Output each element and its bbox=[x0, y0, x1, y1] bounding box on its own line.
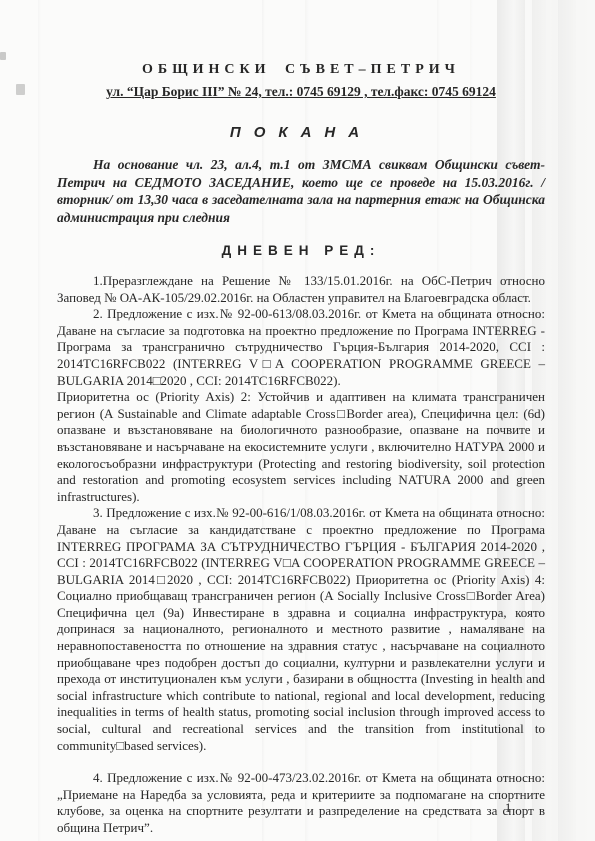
agenda-item-3: 3. Предложение с изх.№ 92-00-616/1/08.03… bbox=[57, 505, 545, 754]
org-name-heading: ОБЩИНСКИ СЪВЕТ–ПЕТРИЧ bbox=[57, 62, 545, 78]
agenda-item-2: 2. Предложение с изх.№ 92-00-613/08.03.2… bbox=[57, 306, 545, 389]
scanned-document-page: ОБЩИНСКИ СЪВЕТ–ПЕТРИЧ ул. “Цар Борис III… bbox=[0, 0, 595, 841]
scan-smudge-left-margin bbox=[16, 84, 25, 95]
document-title: ПОКАНА bbox=[57, 124, 545, 141]
org-address-line: ул. “Цар Борис III” № 24, тел.: 0745 691… bbox=[57, 84, 545, 100]
document-content: ОБЩИНСКИ СЪВЕТ–ПЕТРИЧ ул. “Цар Борис III… bbox=[57, 0, 545, 837]
agenda-heading: ДНЕВЕН РЕД: bbox=[57, 243, 545, 258]
agenda-item-2-priority-axis: Приоритетна ос (Priority Axis) 2: Устойч… bbox=[57, 389, 545, 505]
intro-paragraph: На основание чл. 23, ал.4, т.1 от ЗМСМА … bbox=[57, 156, 545, 226]
page-number: 1 bbox=[505, 801, 511, 816]
agenda-item-4: 4. Предложение с изх.№ 92-00-473/23.02.2… bbox=[57, 770, 545, 836]
agenda-item-1: 1.Преразглеждане на Решение № 133/15.01.… bbox=[57, 273, 545, 306]
scan-smudge-left-edge bbox=[0, 52, 6, 60]
